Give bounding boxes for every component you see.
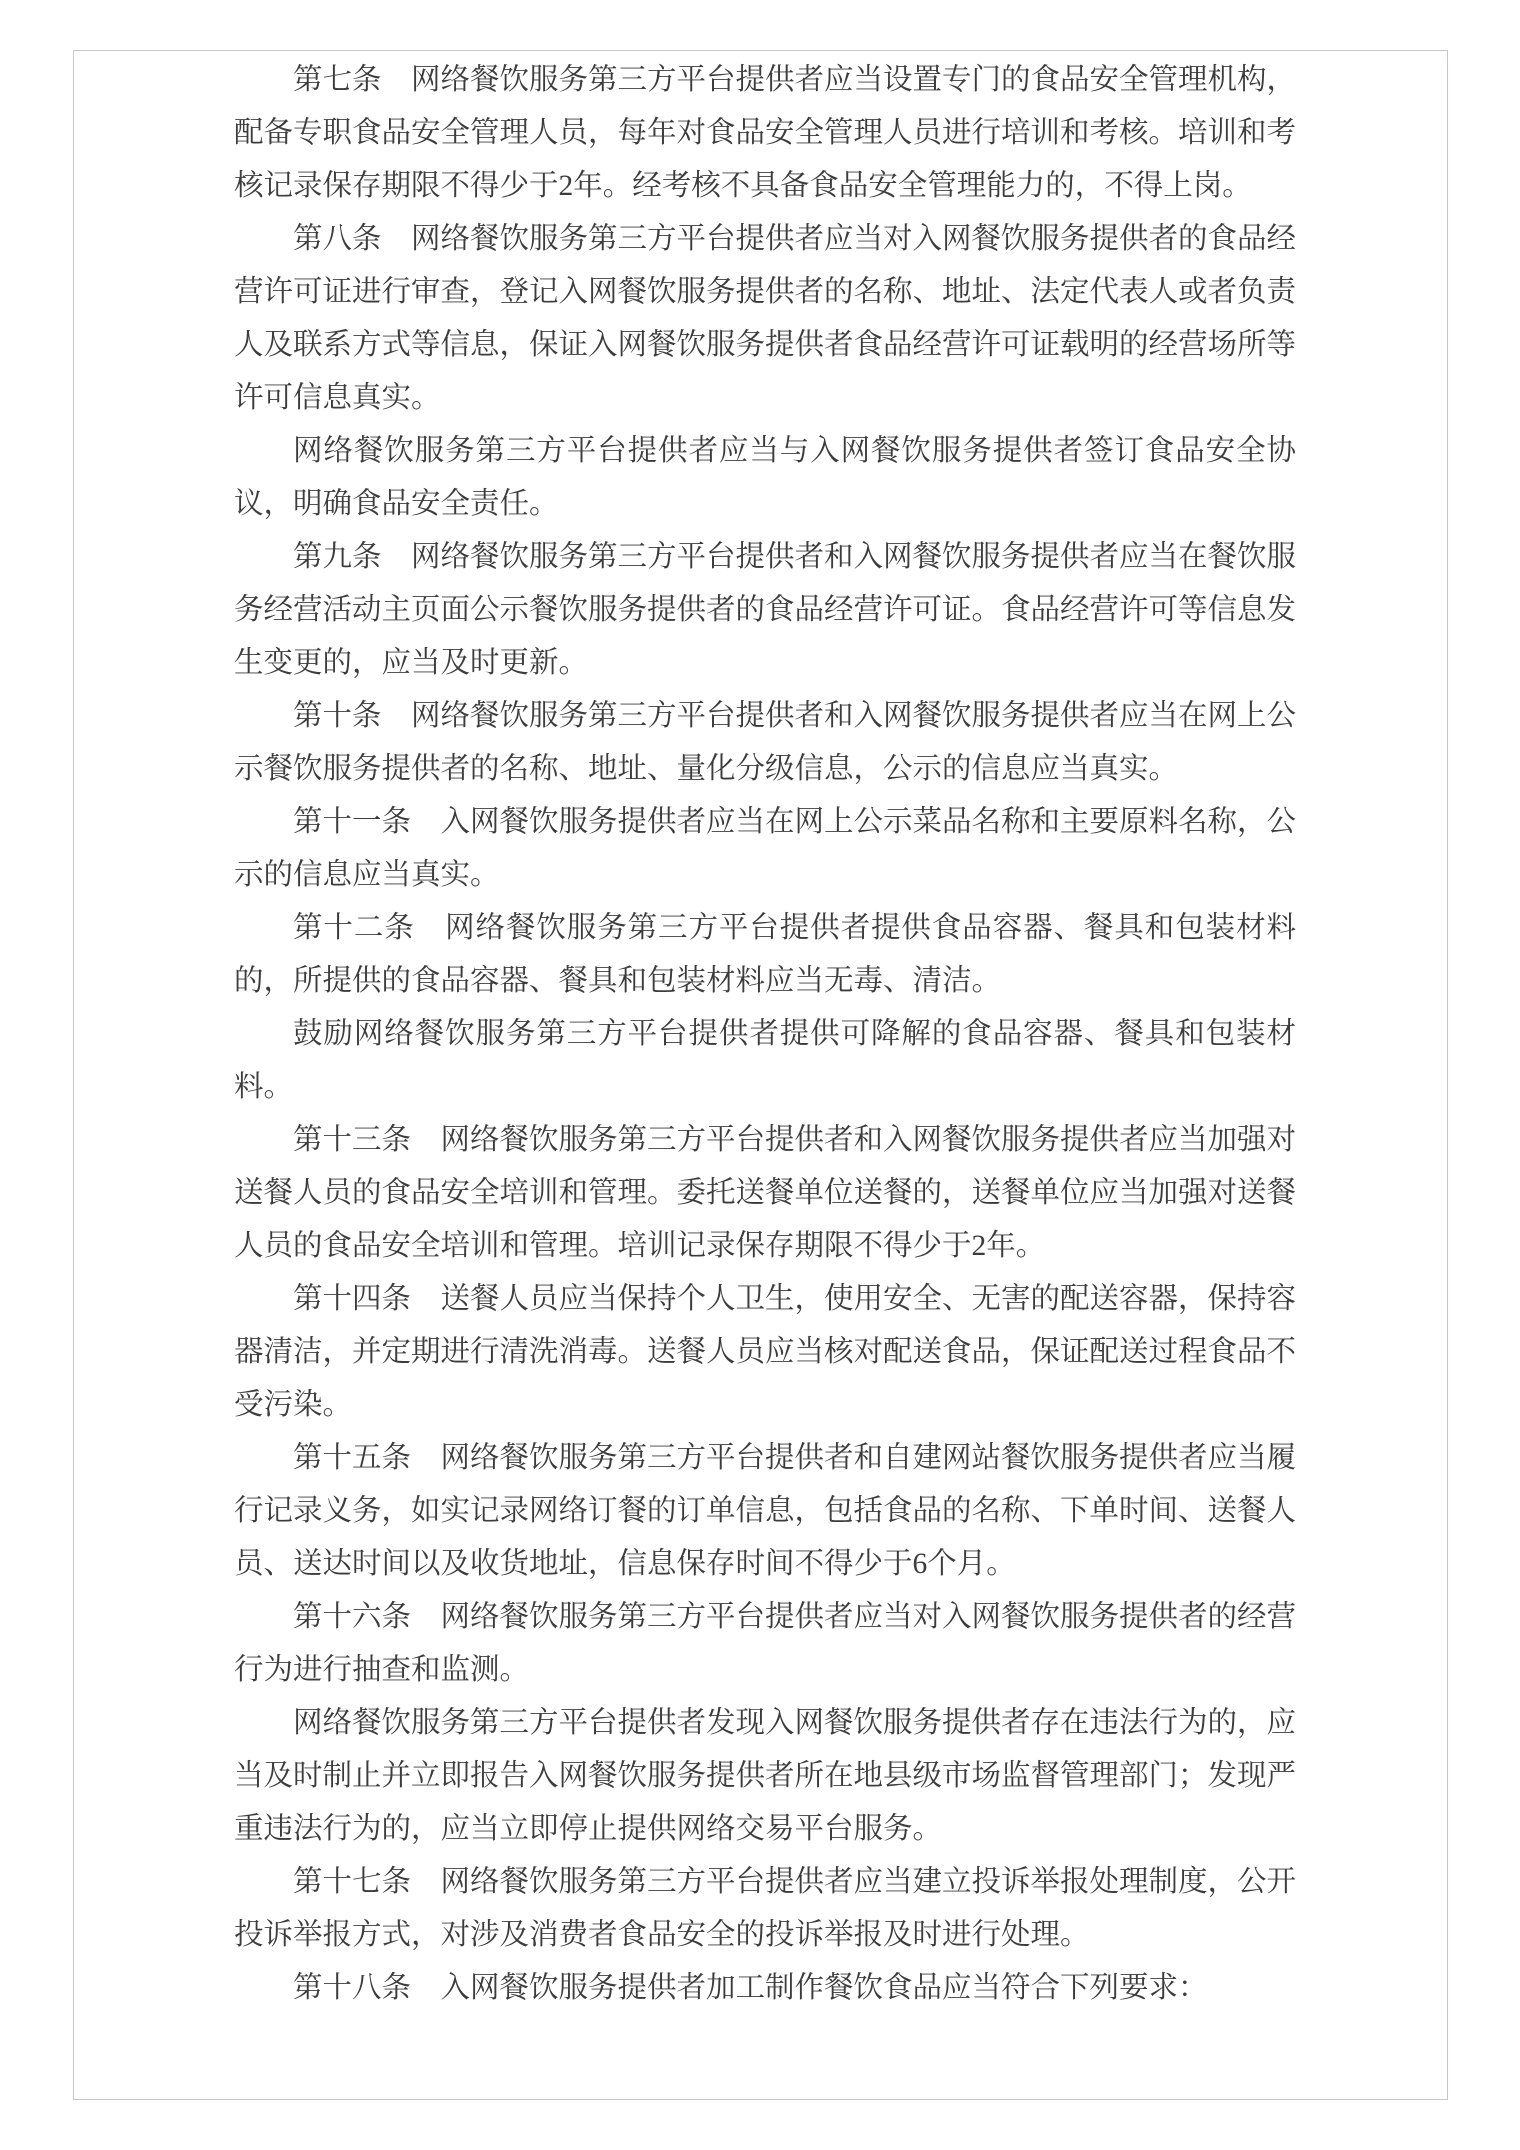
article-paragraph: 第十七条 网络餐饮服务第三方平台提供者应当建立投诉举报处理制度，公开投诉举报方式…: [234, 1856, 1296, 1962]
article-paragraph: 网络餐饮服务第三方平台提供者发现入网餐饮服务提供者存在违法行为的，应当及时制止并…: [234, 1697, 1296, 1856]
article-paragraph: 第十六条 网络餐饮服务第三方平台提供者应当对入网餐饮服务提供者的经营行为进行抽查…: [234, 1591, 1296, 1697]
article-paragraph: 第八条 网络餐饮服务第三方平台提供者应当对入网餐饮服务提供者的食品经营许可证进行…: [234, 213, 1296, 425]
article-paragraph: 第十四条 送餐人员应当保持个人卫生，使用安全、无害的配送容器，保持容器清洁，并定…: [234, 1273, 1296, 1432]
article-paragraph: 第十五条 网络餐饮服务第三方平台提供者和自建网站餐饮服务提供者应当履行记录义务，…: [234, 1432, 1296, 1591]
article-paragraph: 第七条 网络餐饮服务第三方平台提供者应当设置专门的食品安全管理机构，配备专职食品…: [234, 54, 1296, 213]
page: 第七条 网络餐饮服务第三方平台提供者应当设置专门的食品安全管理机构，配备专职食品…: [73, 50, 1448, 2100]
document-text-block: 第七条 网络餐饮服务第三方平台提供者应当设置专门的食品安全管理机构，配备专职食品…: [234, 54, 1296, 2015]
article-paragraph: 鼓励网络餐饮服务第三方平台提供者提供可降解的食品容器、餐具和包装材料。: [234, 1008, 1296, 1114]
document-canvas: 第七条 网络餐饮服务第三方平台提供者应当设置专门的食品安全管理机构，配备专职食品…: [0, 0, 1520, 2150]
article-paragraph: 第十一条 入网餐饮服务提供者应当在网上公示菜品名称和主要原料名称，公示的信息应当…: [234, 796, 1296, 902]
article-paragraph: 第十二条 网络餐饮服务第三方平台提供者提供食品容器、餐具和包装材料的，所提供的食…: [234, 902, 1296, 1008]
article-paragraph: 第九条 网络餐饮服务第三方平台提供者和入网餐饮服务提供者应当在餐饮服务经营活动主…: [234, 531, 1296, 690]
article-paragraph: 第十八条 入网餐饮服务提供者加工制作餐饮食品应当符合下列要求：: [234, 1962, 1296, 2015]
article-paragraph: 第十条 网络餐饮服务第三方平台提供者和入网餐饮服务提供者应当在网上公示餐饮服务提…: [234, 690, 1296, 796]
article-paragraph: 第十三条 网络餐饮服务第三方平台提供者和入网餐饮服务提供者应当加强对送餐人员的食…: [234, 1114, 1296, 1273]
article-paragraph: 网络餐饮服务第三方平台提供者应当与入网餐饮服务提供者签订食品安全协议，明确食品安…: [234, 425, 1296, 531]
